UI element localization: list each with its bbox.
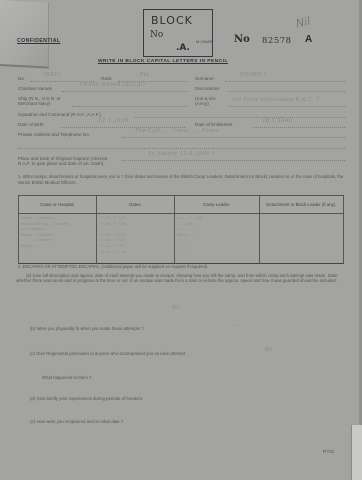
serial-number: 82578: [262, 36, 292, 46]
section2-c-answer: Nil: [265, 347, 272, 353]
col-detachment-leader: Detachment or Block Leader (if any).: [259, 196, 344, 214]
dob-label: Date of Birth: [18, 122, 44, 127]
address-line: [122, 137, 345, 138]
capture-line: [122, 160, 345, 161]
page-turn-over: P.T.O.: [323, 449, 335, 454]
page-edge-corner: [351, 425, 362, 480]
stamp-line-1: BLOCK: [151, 14, 193, 27]
surname-value: FISHER ?: [240, 72, 267, 78]
stamp-line-3: .A.: [176, 43, 190, 53]
unit-label: Unit & Div. (Army): [195, 96, 229, 106]
rank-value: Pte: [140, 72, 150, 78]
capture-label: Place and Date of Original Capture (Airc…: [18, 156, 118, 166]
section2-a-answer: Nil: [172, 305, 179, 311]
ship-label: Ship (R.N., U.S.N. or Merchant Navy): [18, 96, 78, 106]
decorations-label: Decorations: [195, 86, 220, 91]
enlistment-line: [252, 127, 345, 128]
cell-dates: ?.?.40 - ??.?.40 ?.?.40 - ??.?.40 ?.?.40…: [99, 216, 172, 255]
form-heading: WRITE IN BLOCK CAPITAL LETTERS IN PENCIL: [98, 59, 228, 64]
folded-corner: [0, 0, 49, 69]
col-camp-or-hospital: Camp or Hospital.: [19, 196, 97, 214]
address-line-2: [18, 148, 345, 149]
address-label: Private Address and Telephone No.: [18, 132, 90, 137]
section2-c2-question: What happened to them ?: [42, 375, 91, 380]
serial-prefix: M.I.9/IAP: [196, 39, 212, 44]
serial-no-label: No: [234, 34, 250, 45]
enlistment-label: Date of Enlistment: [195, 122, 233, 127]
section2-d-question: (d) Give briefly your experiences during…: [30, 396, 143, 401]
unit-value: 1st Field Ambulance R.A.C. ?: [232, 97, 320, 103]
christian-names-line: [62, 91, 188, 92]
section2-b-answer: —: [232, 323, 237, 329]
col-dates: Dates.: [97, 196, 175, 214]
dob-value: 17 7 1919: [98, 118, 129, 124]
cell-camp: Stalag ... Hospital ... Hospital Stalag …: [21, 216, 94, 255]
surname-label: Surname: [195, 76, 214, 81]
stamp-line-2: No: [150, 30, 163, 40]
decorations-line: [228, 91, 345, 92]
table-header-row: Camp or Hospital. Dates. Camp Leader. De…: [19, 196, 344, 214]
squadron-line: [135, 117, 345, 118]
handwritten-annotation: Nil: [295, 15, 312, 31]
rank-label: Rank: [101, 76, 112, 81]
no-label: No.: [18, 76, 25, 81]
section2-title: 2. ESCAPES OR ATTEMPTED ESCAPES. (Additi…: [18, 264, 209, 269]
unit-line: [228, 106, 345, 107]
col-camp-leader: Camp Leader.: [175, 196, 260, 214]
enlistment-value: 18 1 1940: [262, 118, 293, 124]
block-stamp: BLOCK No .A.: [143, 9, 213, 57]
serial-suffix: A: [305, 34, 312, 45]
section2-e-question: (e) How were you recaptured and on what …: [30, 419, 123, 424]
capture-value: St. Valery 12.6.1940 ?: [148, 151, 215, 157]
camps-table: Camp or Hospital. Dates. Camp Leader. De…: [18, 195, 344, 264]
christian-names-value: FRANK BRIAN LESLIE?: [80, 82, 146, 88]
section2-a-question: (a) Give full description and approx. da…: [16, 273, 346, 284]
table-row: Stalag ... Hospital ... Hospital Stalag …: [19, 214, 344, 264]
address-value: The Cott, ... Lane, ..., Essex: [135, 128, 219, 134]
form-page: BLOCK No .A. CONFIDENTIAL M.I.9/IAP No 8…: [0, 0, 362, 480]
section1-question: 1. What camps, detachments or hospitals …: [18, 174, 348, 185]
section2-c-question: (c) Give Regimental particulars of anyon…: [30, 351, 186, 356]
ship-line: [72, 106, 188, 107]
section2-b-question: (b) Were you physically fit when you mad…: [30, 326, 144, 331]
cell-leader: Col. ... / ... Sgt. ... ... Sgt. ... ...…: [177, 216, 257, 255]
classification-label: CONFIDENTIAL: [17, 38, 60, 44]
no-value: 7892?: [42, 72, 60, 78]
christian-names-label: Christian Names: [18, 86, 52, 91]
surname-line: [225, 81, 345, 82]
squadron-label: Squadron and Command (R.A.F., A.A.F.): [18, 112, 101, 117]
